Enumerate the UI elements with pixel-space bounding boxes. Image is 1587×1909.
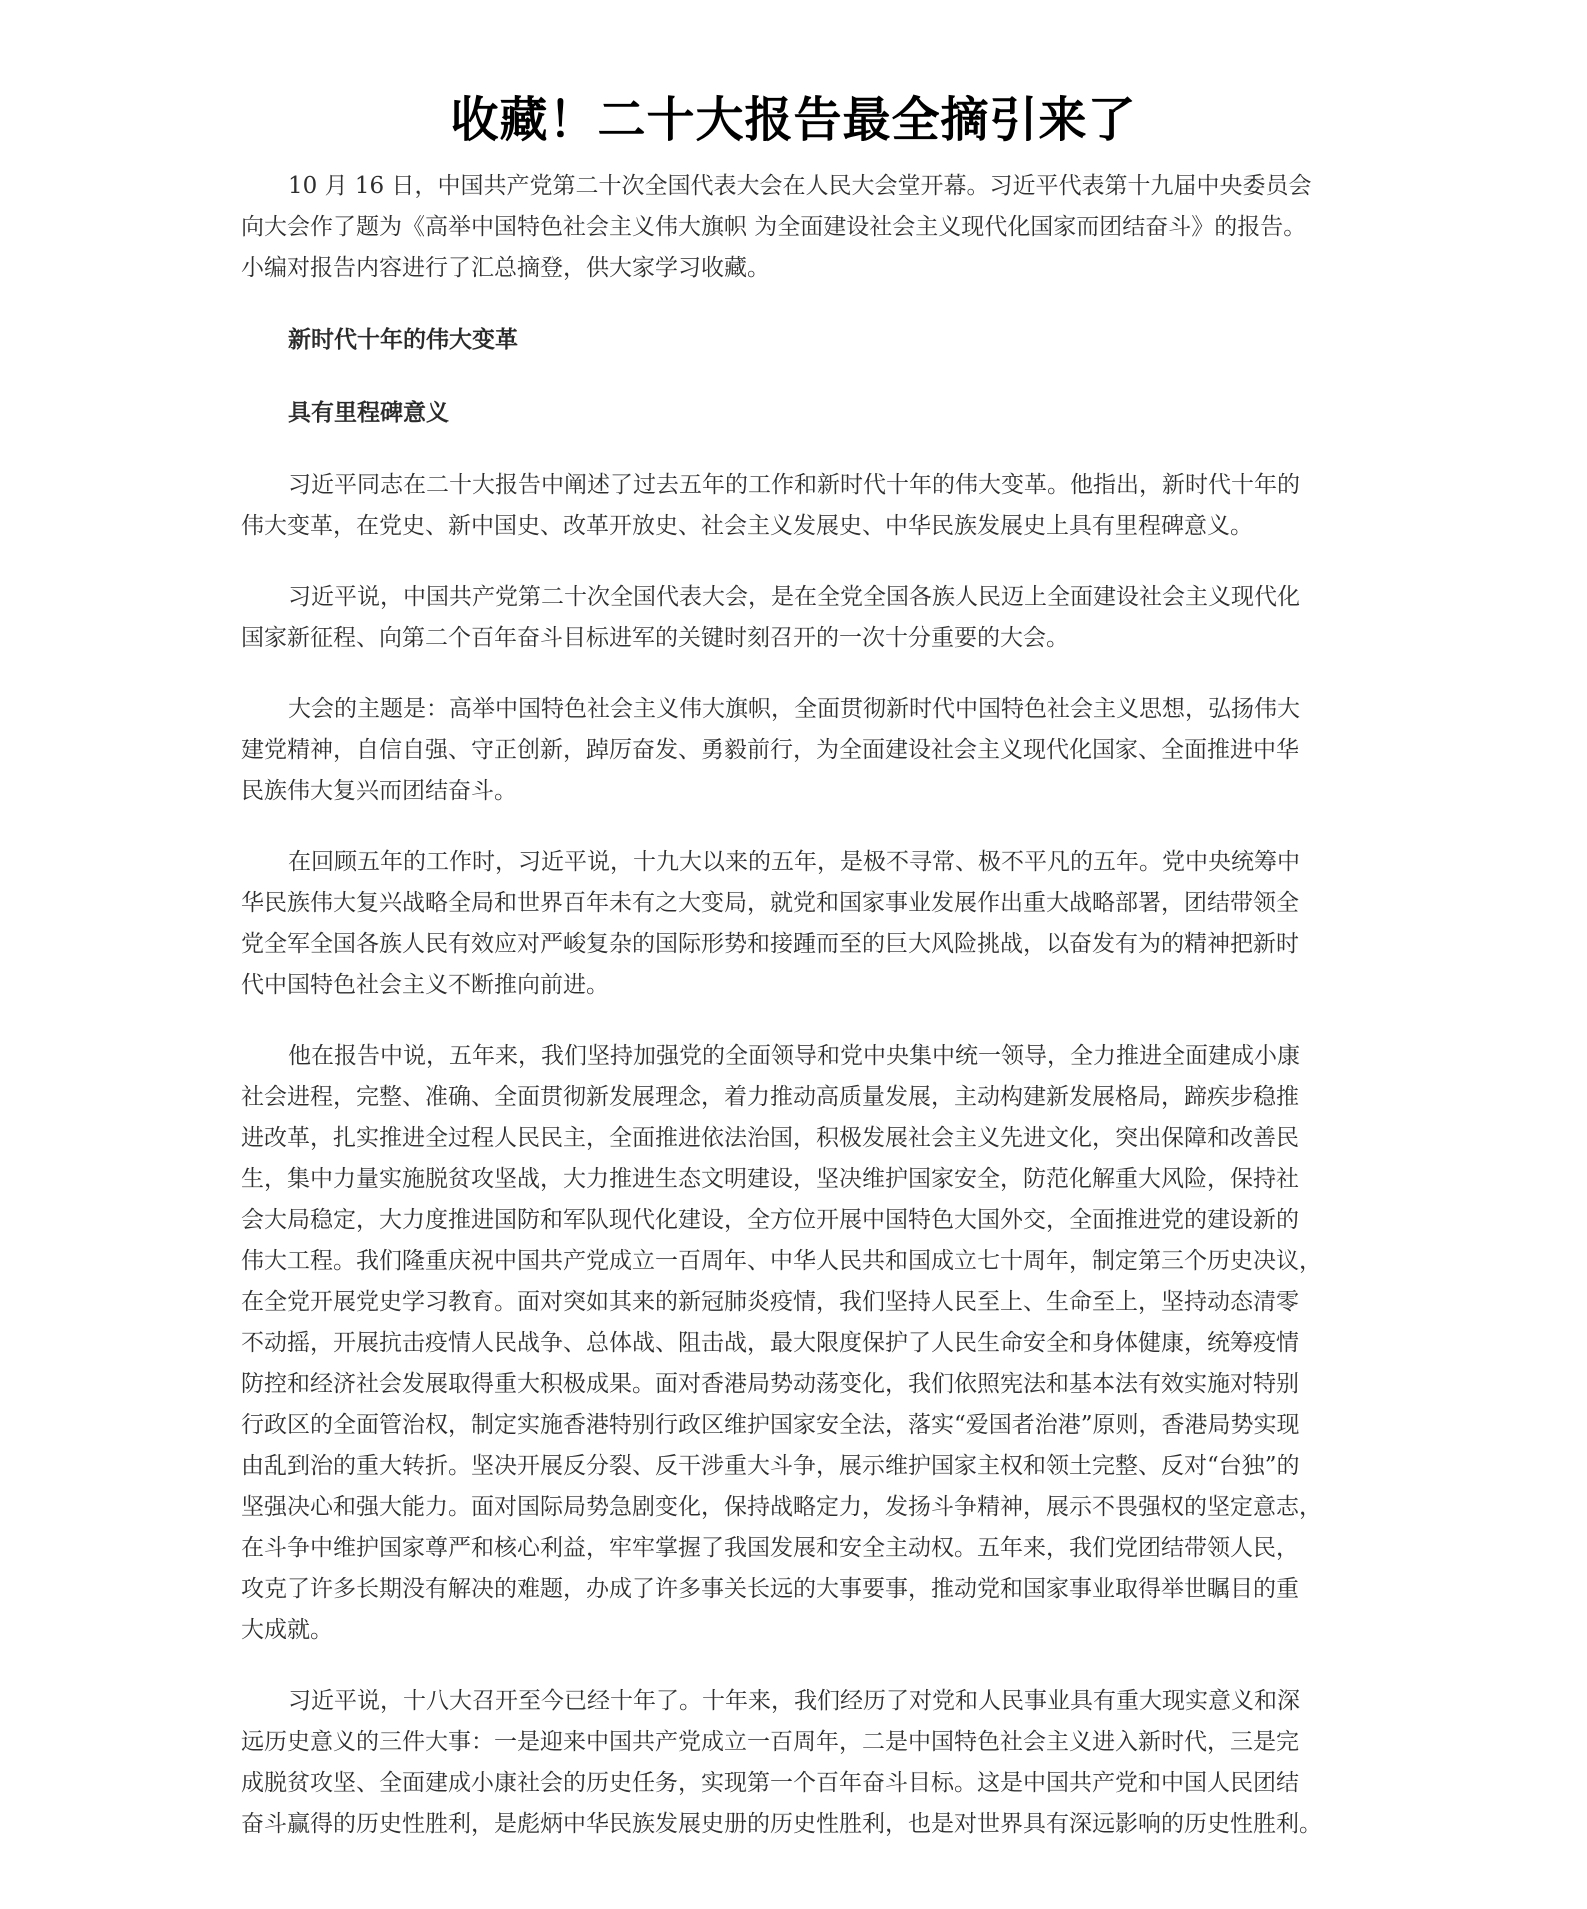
body-paragraph: 习近平说，中国共产党第二十次全国代表大会，是在全党全国各族人民迈上全面建设社会主… [241,577,1351,659]
text-line: 大会的主题是：高举中国特色社会主义伟大旗帜，全面贯彻新时代中国特色社会主义思想，… [241,689,1351,730]
article-body: 10 月 16 日，中国共产党第二十次全国代表大会在人民大会堂开幕。习近平代表第… [241,166,1351,1875]
text-line: 坚强决心和强大能力。面对国际局势急剧变化，保持战略定力，发扬斗争精神，展示不畏强… [241,1487,1351,1528]
body-paragraph: 在回顾五年的工作时，习近平说，十九大以来的五年，是极不寻常、极不平凡的五年。党中… [241,842,1351,1006]
text-line: 伟大工程。我们隆重庆祝中国共产党成立一百周年、中华人民共和国成立七十周年，制定第… [241,1241,1351,1282]
text-line: 党全军全国各族人民有效应对严峻复杂的国际形势和接踵而至的巨大风险挑战，以奋发有为… [241,924,1351,965]
text-line: 小编对报告内容进行了汇总摘登，供大家学习收藏。 [241,248,1351,289]
text-line: 社会进程，完整、准确、全面贯彻新发展理念，着力推动高质量发展，主动构建新发展格局… [241,1077,1351,1118]
text-line: 在斗争中维护国家尊严和核心利益，牢牢掌握了我国发展和安全主动权。五年来，我们党团… [241,1528,1351,1569]
text-line: 伟大变革，在党史、新中国史、改革开放史、社会主义发展史、中华民族发展史上具有里程… [241,506,1351,547]
text-line: 大成就。 [241,1610,1351,1651]
text-line: 行政区的全面管治权，制定实施香港特别行政区维护国家安全法，落实“爱国者治港”原则… [241,1405,1351,1446]
text-line: 国家新征程、向第二个百年奋斗目标进军的关键时刻召开的一次十分重要的大会。 [241,618,1351,659]
text-line: 防控和经济社会发展取得重大积极成果。面对香港局势动荡变化，我们依照宪法和基本法有… [241,1364,1351,1405]
text-line: 由乱到治的重大转折。坚决开展反分裂、反干涉重大斗争，展示维护国家主权和领土完整、… [241,1446,1351,1487]
text-line: 民族伟大复兴而团结奋斗。 [241,771,1351,812]
text-line: 会大局稳定，大力度推进国防和军队现代化建设，全方位开展中国特色大国外交，全面推进… [241,1200,1351,1241]
text-line: 远历史意义的三件大事：一是迎来中国共产党成立一百周年，二是中国特色社会主义进入新… [241,1722,1351,1763]
article-title: 收藏！二十大报告最全摘引来了 [0,80,1587,160]
text-line: 建党精神，自信自强、守正创新，踔厉奋发、勇毅前行，为全面建设社会主义现代化国家、… [241,730,1351,771]
text-line: 10 月 16 日，中国共产党第二十次全国代表大会在人民大会堂开幕。习近平代表第… [241,166,1351,207]
text-line: 向大会作了题为《高举中国特色社会主义伟大旗帜 为全面建设社会主义现代化国家而团结… [241,207,1351,248]
text-line: 习近平说，中国共产党第二十次全国代表大会，是在全党全国各族人民迈上全面建设社会主… [241,577,1351,618]
text-line: 代中国特色社会主义不断推向前进。 [241,965,1351,1006]
text-line: 进改革，扎实推进全过程人民民主，全面推进依法治国，积极发展社会主义先进文化，突出… [241,1118,1351,1159]
text-line: 华民族伟大复兴战略全局和世界百年未有之大变局，就党和国家事业发展作出重大战略部署… [241,883,1351,924]
text-line: 不动摇，开展抗击疫情人民战争、总体战、阻击战，最大限度保护了人民生命安全和身体健… [241,1323,1351,1364]
body-paragraph: 习近平说，十八大召开至今已经十年了。十年来，我们经历了对党和人民事业具有重大现实… [241,1681,1351,1845]
section-subheading: 新时代十年的伟大变革 [241,319,1351,360]
intro-paragraph: 10 月 16 日，中国共产党第二十次全国代表大会在人民大会堂开幕。习近平代表第… [241,166,1351,289]
section-subheading: 具有里程碑意义 [241,392,1351,433]
text-line: 习近平说，十八大召开至今已经十年了。十年来，我们经历了对党和人民事业具有重大现实… [241,1681,1351,1722]
text-line: 习近平同志在二十大报告中阐述了过去五年的工作和新时代十年的伟大变革。他指出，新时… [241,465,1351,506]
text-line: 攻克了许多长期没有解决的难题，办成了许多事关长远的大事要事，推动党和国家事业取得… [241,1569,1351,1610]
body-paragraph: 他在报告中说，五年来，我们坚持加强党的全面领导和党中央集中统一领导，全力推进全面… [241,1036,1351,1651]
text-line: 他在报告中说，五年来，我们坚持加强党的全面领导和党中央集中统一领导，全力推进全面… [241,1036,1351,1077]
text-line: 成脱贫攻坚、全面建成小康社会的历史任务，实现第一个百年奋斗目标。这是中国共产党和… [241,1763,1351,1804]
text-line: 生，集中力量实施脱贫攻坚战，大力推进生态文明建设，坚决维护国家安全，防范化解重大… [241,1159,1351,1200]
text-line: 奋斗赢得的历史性胜利，是彪炳中华民族发展史册的历史性胜利，也是对世界具有深远影响… [241,1804,1351,1845]
text-line: 在全党开展党史学习教育。面对突如其来的新冠肺炎疫情，我们坚持人民至上、生命至上，… [241,1282,1351,1323]
body-paragraph: 大会的主题是：高举中国特色社会主义伟大旗帜，全面贯彻新时代中国特色社会主义思想，… [241,689,1351,812]
body-paragraph: 习近平同志在二十大报告中阐述了过去五年的工作和新时代十年的伟大变革。他指出，新时… [241,465,1351,547]
text-line: 在回顾五年的工作时，习近平说，十九大以来的五年，是极不寻常、极不平凡的五年。党中… [241,842,1351,883]
